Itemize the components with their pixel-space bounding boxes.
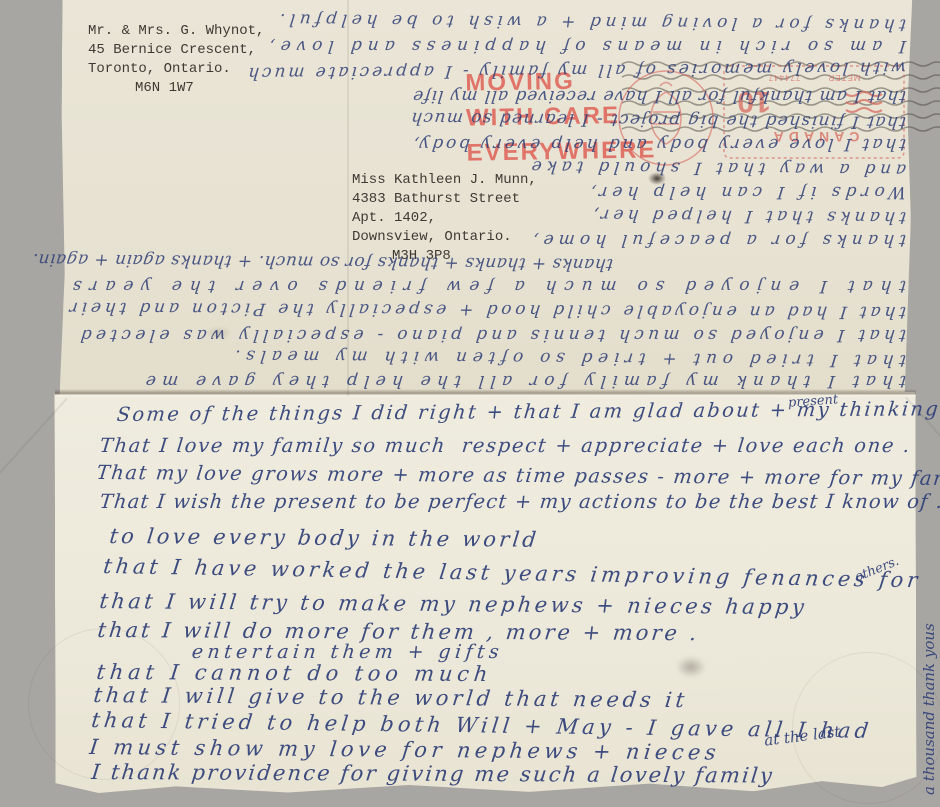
handwriting-line-upside-down: that I love every body and help every bo… <box>435 134 907 154</box>
address-line: Downsview, Ontario. <box>352 228 537 247</box>
address-line: Miss Kathleen J. Munn, <box>352 171 537 190</box>
address-line: M6N 1W7 <box>88 79 264 98</box>
handwriting-line-upside-down: that I enjoyed so much tennis and piano … <box>117 325 907 345</box>
address-line: 4383 Bathurst Street <box>352 190 537 209</box>
gray-smudge <box>676 656 706 678</box>
handwriting-line-upside-down: that I thank my family for all the help … <box>167 371 907 391</box>
address-line: Toronto, Ontario. <box>88 60 264 79</box>
handwriting-line: that I cannot do too much <box>95 660 493 686</box>
handwriting-line-upside-down: that I finished the big project - I lear… <box>427 108 907 132</box>
return-address: Mr. & Mrs. G. Whynot,45 Bernice Crescent… <box>88 22 264 98</box>
handwriting-line-upside-down: and a way that I should take <box>547 156 907 179</box>
handwriting-line-upside-down: thanks for a peaceful home, <box>551 230 907 250</box>
handwriting-line-upside-down: that I enjoyed so much a few friends ove… <box>99 276 907 296</box>
envelope-photo: CANADA 10 METER 774447 MOVINGWITH CAREEV… <box>0 0 940 807</box>
address-line: 45 Bernice Crescent, <box>88 41 264 60</box>
handwriting-line: I thank providence for giving me such a … <box>90 760 775 788</box>
scan-photo-page: { "scene": { "description": "Photograph … <box>0 0 940 807</box>
handwriting-line-upside-down: that I had an enjoyable child hood + esp… <box>105 298 907 322</box>
handwriting-line-upside-down: I am so rich in means of happiness and l… <box>295 36 907 56</box>
handwriting-line-upside-down: that I am thankful for all I have receiv… <box>419 86 907 106</box>
handwriting-line: That I love my family so much respect + … <box>99 434 913 457</box>
handwriting-line: That I wish the present to be perfect + … <box>99 490 940 513</box>
handwriting-line: to love every body in the world <box>108 524 540 552</box>
handwriting-line: entertain them + gifts <box>191 641 505 663</box>
address-line: Mr. & Mrs. G. Whynot, <box>88 22 264 41</box>
handwriting-line-upside-down: Words if I can help her, <box>591 182 907 202</box>
handwriting-line-upside-down: thanks that I helped her, <box>599 205 907 228</box>
address-line: Apt. 1402, <box>352 209 537 228</box>
